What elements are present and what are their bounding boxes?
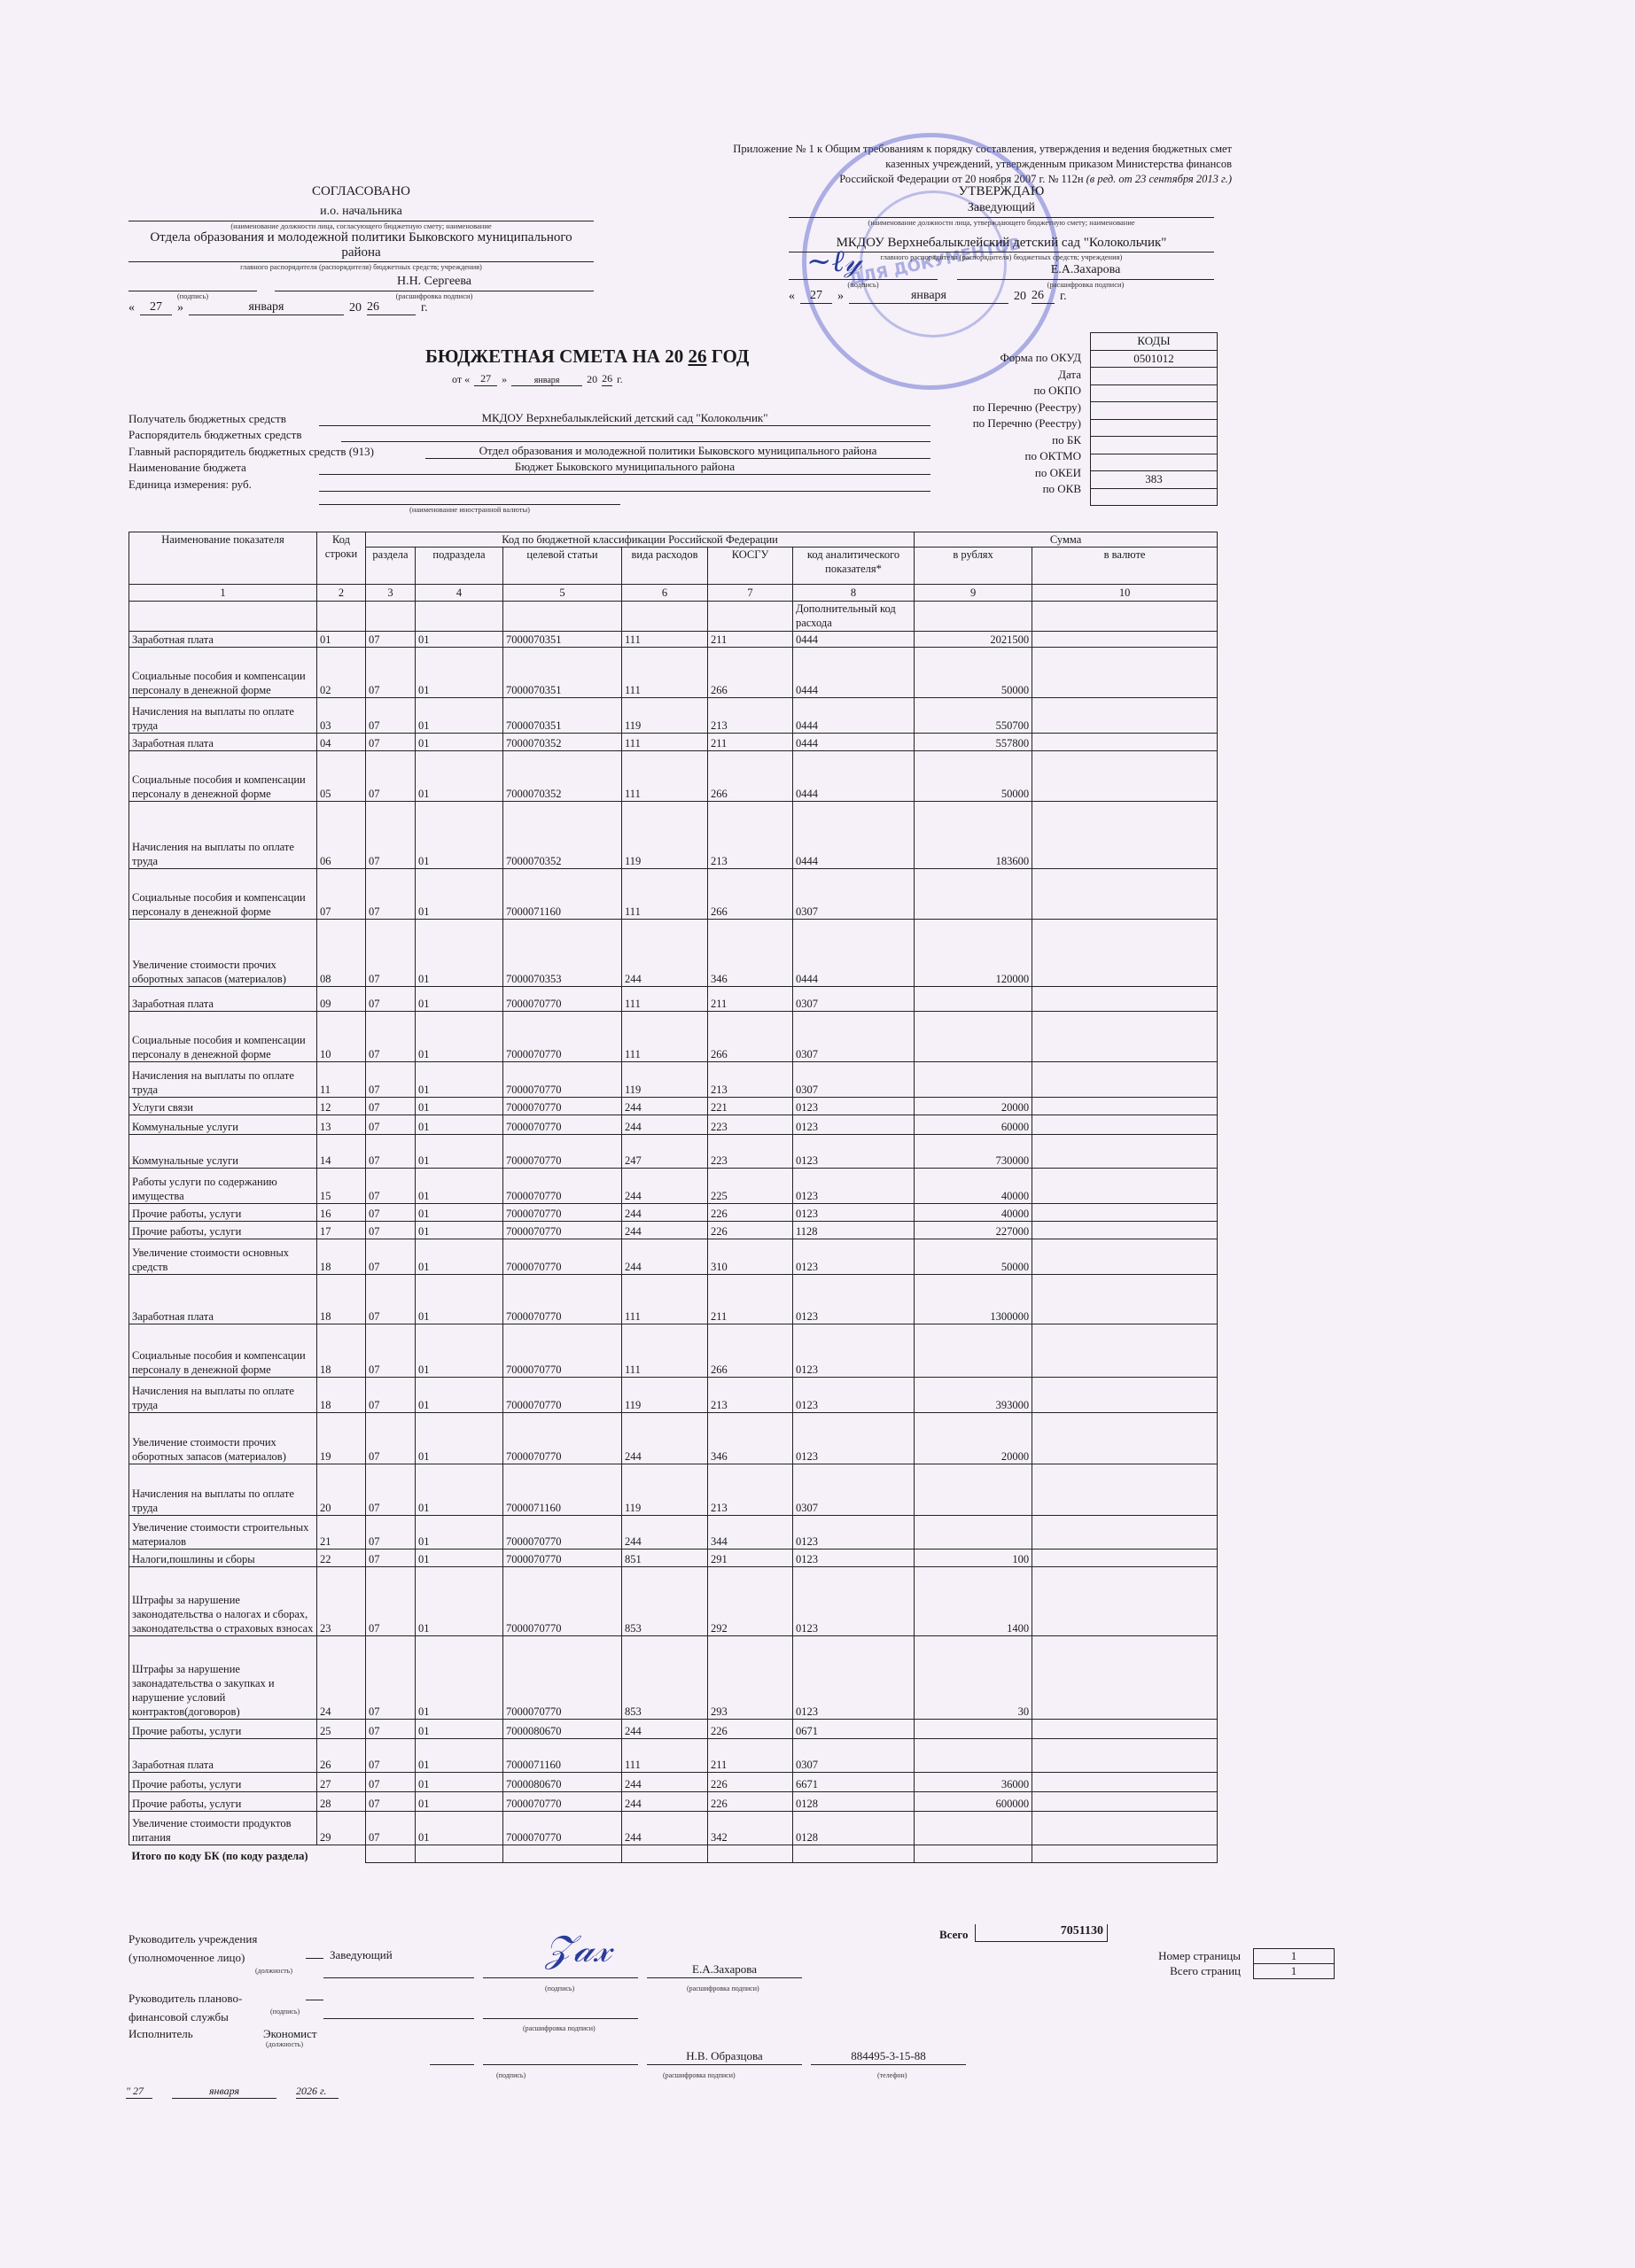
cell-kosgu: 213	[708, 1062, 793, 1098]
cell-rub	[915, 1062, 1032, 1098]
cell-subsection: 01	[416, 1792, 503, 1812]
cell-type: 111	[622, 1739, 708, 1773]
cell-analytic: 0123	[793, 1516, 915, 1550]
cell-type: 244	[622, 1792, 708, 1812]
cell-name: Увеличение стоимости прочих оборотных за…	[129, 920, 317, 987]
title-prefix: БЮДЖЕТНАЯ СМЕТА НА 20	[425, 346, 683, 367]
cell-kosgu: 221	[708, 1098, 793, 1115]
fin-label: Руководитель планово- финансовой службы	[128, 1989, 242, 2026]
grand-total-value: 7051130	[975, 1924, 1108, 1942]
cell-code: 13	[317, 1115, 366, 1135]
cell-target: 7000070351	[503, 648, 622, 698]
cell-code: 23	[317, 1567, 366, 1636]
head-decode-line	[647, 1977, 802, 1978]
cell-target: 7000070770	[503, 1567, 622, 1636]
cell-code: 18	[317, 1239, 366, 1275]
cell-section: 07	[366, 734, 416, 751]
exec-label: Исполнитель	[128, 2027, 193, 2041]
cell-name: Социальные пособия и компенсации персона…	[129, 751, 317, 802]
cell-cur	[1032, 1012, 1218, 1062]
cell-code: 02	[317, 648, 366, 698]
cell-rub: 730000	[915, 1135, 1032, 1169]
cell-type: 244	[622, 1115, 708, 1135]
cell-analytic: 0123	[793, 1550, 915, 1567]
cell-analytic: 1128	[793, 1222, 915, 1239]
page-number-row: Номер страницы1	[1125, 1949, 1335, 1964]
document-title: БЮДЖЕТНАЯ СМЕТА НА 20 26 ГОД	[425, 346, 749, 368]
approved-month: января	[849, 289, 1008, 304]
approved-signer: Е.А.Захарова	[957, 263, 1214, 280]
cell-code: 22	[317, 1550, 366, 1567]
cell-name: Налоги,пошлины и сборы	[129, 1550, 317, 1567]
agreed-sign-line	[128, 275, 257, 291]
cell-target: 7000070352	[503, 802, 622, 869]
cell-rub	[915, 987, 1032, 1012]
cell-code: 25	[317, 1720, 366, 1739]
cell-kosgu: 226	[708, 1773, 793, 1792]
cell-section: 07	[366, 1135, 416, 1169]
cell-target: 7000070770	[503, 1378, 622, 1413]
cell-name: Коммунальные услуги	[129, 1115, 317, 1135]
cell-kosgu: 211	[708, 632, 793, 648]
empty-cell	[366, 602, 416, 632]
cell-rub: 20000	[915, 1413, 1032, 1464]
col-header-section: раздела	[366, 548, 416, 585]
head-sign-caption: (подпись)	[545, 1984, 574, 1992]
table-row: Работы услуги по содержанию имущества150…	[129, 1169, 1218, 1204]
codes-label: по ОКТМО	[895, 448, 1081, 465]
total-cell	[366, 1845, 416, 1863]
cell-target: 7000071160	[503, 1739, 622, 1773]
date-year: 26	[602, 372, 612, 386]
agreed-signature-row: (подпись) Н.Н. Сергеева(расшифровка подп…	[128, 275, 594, 300]
cell-section: 07	[366, 632, 416, 648]
chief-label: Главный распорядитель бюджетных средств …	[128, 445, 425, 459]
cell-subsection: 01	[416, 1324, 503, 1378]
table-row: Штрафы за нарушение законадательства о з…	[129, 1636, 1218, 1720]
cell-code: 16	[317, 1204, 366, 1222]
agreed-day: 27	[140, 300, 172, 315]
cell-code: 20	[317, 1464, 366, 1516]
cell-kosgu: 266	[708, 751, 793, 802]
col-header-cur: в валюте	[1032, 548, 1218, 585]
exec-decode-caption: (расшифровка подписи)	[663, 2071, 736, 2079]
fin-dash	[306, 2000, 323, 2000]
cell-rub: 393000	[915, 1378, 1032, 1413]
table-row: Увеличение стоимости прочих оборотных за…	[129, 920, 1218, 987]
cell-analytic: 0123	[793, 1275, 915, 1324]
table-row: Налоги,пошлины и сборы220701700007077085…	[129, 1550, 1218, 1567]
codes-row: 383	[1091, 471, 1218, 489]
appendix-line-1: Приложение № 1 к Общим требованиям к пор…	[727, 142, 1232, 157]
cell-target: 7000070770	[503, 1204, 622, 1222]
cell-cur	[1032, 869, 1218, 920]
cell-rub: 50000	[915, 1239, 1032, 1275]
cell-target: 7000080670	[503, 1773, 622, 1792]
cell-type: 111	[622, 648, 708, 698]
cell-cur	[1032, 1062, 1218, 1098]
cell-kosgu: 211	[708, 734, 793, 751]
cell-type: 244	[622, 1413, 708, 1464]
cell-target: 7000070353	[503, 920, 622, 987]
codes-label: по ОКЕИ	[895, 465, 1081, 482]
cell-type: 244	[622, 920, 708, 987]
cell-kosgu: 211	[708, 1275, 793, 1324]
cell-target: 7000070770	[503, 1812, 622, 1845]
cell-cur	[1032, 1135, 1218, 1169]
cell-type: 119	[622, 698, 708, 734]
cell-section: 07	[366, 1169, 416, 1204]
cell-section: 07	[366, 751, 416, 802]
cell-analytic: 0123	[793, 1378, 915, 1413]
col-header-target: целевой статьи	[503, 548, 622, 585]
cell-cur	[1032, 1413, 1218, 1464]
cell-target: 7000070770	[503, 1098, 622, 1115]
cell-name: Увеличение стоимости продуктов питания	[129, 1812, 317, 1845]
total-cell	[915, 1845, 1032, 1863]
empty-cell	[416, 602, 503, 632]
currency-field: (наименование иностранной валюты)	[319, 501, 620, 514]
cell-analytic: 0671	[793, 1720, 915, 1739]
cell-rub: 600000	[915, 1792, 1032, 1812]
approved-day: 27	[800, 289, 832, 304]
cell-section: 07	[366, 1792, 416, 1812]
column-number: 8	[793, 585, 915, 602]
col-header-analytic: код аналитического показателя*	[793, 548, 915, 585]
cell-section: 07	[366, 1324, 416, 1378]
cell-rub	[915, 1012, 1032, 1062]
cell-kosgu: 226	[708, 1204, 793, 1222]
cell-cur	[1032, 1567, 1218, 1636]
column-number: 3	[366, 585, 416, 602]
cell-type: 244	[622, 1516, 708, 1550]
cell-subsection: 01	[416, 1098, 503, 1115]
cell-cur	[1032, 1204, 1218, 1222]
cell-kosgu: 226	[708, 1720, 793, 1739]
cell-name: Начисления на выплаты по оплате труда	[129, 1378, 317, 1413]
cell-cur	[1032, 648, 1218, 698]
col-header-code: Код строки	[317, 532, 366, 585]
approved-signature-row: ~ℓ𝓎 (подпись) Е.А.Захарова(расшифровка п…	[789, 263, 1214, 289]
table-row: Заработная плата180701700007077011121101…	[129, 1275, 1218, 1324]
cell-subsection: 01	[416, 802, 503, 869]
table-row: Прочие работы, услуги2507017000080670244…	[129, 1720, 1218, 1739]
cell-subsection: 01	[416, 1378, 503, 1413]
cell-subsection: 01	[416, 1739, 503, 1773]
cell-type: 244	[622, 1773, 708, 1792]
cell-section: 07	[366, 987, 416, 1012]
cell-target: 7000070770	[503, 1012, 622, 1062]
cell-code: 05	[317, 751, 366, 802]
cell-analytic: 0444	[793, 802, 915, 869]
bottom-date-quote: "	[126, 2085, 130, 2097]
agreed-org-line-1: Отдела образования и молодежной политики…	[128, 230, 594, 245]
cell-code: 10	[317, 1012, 366, 1062]
table-row: Заработная плата090701700007077011121103…	[129, 987, 1218, 1012]
cell-name: Услуги связи	[129, 1098, 317, 1115]
cell-name: Прочие работы, услуги	[129, 1720, 317, 1739]
codes-label: по Перечню (Реестру)	[895, 400, 1081, 416]
title-suffix: ГОД	[712, 346, 750, 367]
cell-kosgu: 266	[708, 648, 793, 698]
cell-analytic: 0444	[793, 734, 915, 751]
fin-decode-line	[483, 2018, 638, 2019]
cell-cur	[1032, 1275, 1218, 1324]
footer-head-label: Руководитель учреждения (уполномоченное …	[128, 1930, 257, 1967]
cell-cur	[1032, 1636, 1218, 1720]
cell-subsection: 01	[416, 869, 503, 920]
table-row: Заработная плата040701700007035211121104…	[129, 734, 1218, 751]
approved-year: 26	[1032, 289, 1055, 304]
cell-section: 07	[366, 1115, 416, 1135]
empty-cell	[317, 602, 366, 632]
cell-type: 244	[622, 1098, 708, 1115]
cell-cur	[1032, 1550, 1218, 1567]
table-row: Коммунальные услуги130701700007077024422…	[129, 1115, 1218, 1135]
cell-rub: 36000	[915, 1773, 1032, 1792]
codes-label: по ОКПО	[895, 383, 1081, 400]
cell-type: 111	[622, 1012, 708, 1062]
cell-code: 15	[317, 1169, 366, 1204]
agreed-year-suffix: г.	[421, 301, 428, 315]
cell-target: 7000070770	[503, 1169, 622, 1204]
cell-target: 7000070770	[503, 1636, 622, 1720]
appendix-revision: (в ред. от 23 сентября 2013 г.)	[1086, 173, 1232, 185]
cell-section: 07	[366, 869, 416, 920]
cell-code: 18	[317, 1378, 366, 1413]
total-label: Итого по коду БК (по коду раздела)	[129, 1845, 366, 1863]
cell-name: Заработная плата	[129, 632, 317, 648]
codes-row	[1091, 437, 1218, 454]
cell-name: Прочие работы, услуги	[129, 1204, 317, 1222]
cell-target: 7000071160	[503, 869, 622, 920]
approved-decode-field: Е.А.Захарова(расшифровка подписи)	[957, 263, 1214, 289]
cell-section: 07	[366, 1275, 416, 1324]
cell-rub: 183600	[915, 802, 1032, 869]
cell-analytic: 0123	[793, 1135, 915, 1169]
cell-code: 26	[317, 1739, 366, 1773]
cell-subsection: 01	[416, 1239, 503, 1275]
cell-kosgu: 291	[708, 1550, 793, 1567]
table-row: Заработная плата260701700007116011121103…	[129, 1739, 1218, 1773]
exec-phone-line	[811, 2064, 966, 2065]
cell-subsection: 01	[416, 1567, 503, 1636]
codes-header-row: КОДЫ	[1091, 333, 1218, 351]
col-header-kosgu: КОСГУ	[708, 548, 793, 585]
extra-code-row: Дополнительный код расхода	[129, 602, 1218, 632]
table-row: Увеличение стоимости строительных матери…	[129, 1516, 1218, 1550]
cell-analytic: 0307	[793, 1062, 915, 1098]
fin-decode-caption: (расшифровка подписи)	[523, 2024, 596, 2032]
cell-code: 18	[317, 1324, 366, 1378]
table-row: Социальные пособия и компенсации персона…	[129, 1324, 1218, 1378]
quote-close: »	[177, 301, 183, 315]
cell-code: 04	[317, 734, 366, 751]
column-numbers-row: 12345678910	[129, 585, 1218, 602]
title-year: 26	[688, 346, 706, 367]
cell-section: 07	[366, 1239, 416, 1275]
agreed-month: января	[189, 300, 344, 315]
cell-subsection: 01	[416, 698, 503, 734]
unit-label: Единица измерения: руб.	[128, 478, 319, 492]
approved-caption-1: (наименование должности лица, утверждающ…	[789, 218, 1214, 227]
cell-code: 19	[317, 1413, 366, 1464]
cell-subsection: 01	[416, 1413, 503, 1464]
cell-section: 07	[366, 648, 416, 698]
cell-rub: 550700	[915, 698, 1032, 734]
col-header-exp-type: вида расходов	[622, 548, 708, 585]
exec-dash	[430, 2064, 474, 2065]
cell-analytic: 0123	[793, 1567, 915, 1636]
cell-target: 7000070770	[503, 1792, 622, 1812]
cell-cur	[1032, 1222, 1218, 1239]
cell-name: Начисления на выплаты по оплате труда	[129, 698, 317, 734]
codes-value	[1091, 384, 1218, 402]
cell-kosgu: 346	[708, 1413, 793, 1464]
cell-analytic: 0123	[793, 1413, 915, 1464]
table-row: Увеличение стоимости основных средств180…	[129, 1239, 1218, 1275]
cell-subsection: 01	[416, 1115, 503, 1135]
cell-type: 244	[622, 1812, 708, 1845]
cell-name: Социальные пособия и компенсации персона…	[129, 648, 317, 698]
cell-section: 07	[366, 802, 416, 869]
cell-cur	[1032, 734, 1218, 751]
cell-name: Прочие работы, услуги	[129, 1792, 317, 1812]
cell-type: 111	[622, 1324, 708, 1378]
column-number: 9	[915, 585, 1032, 602]
column-number: 2	[317, 585, 366, 602]
cell-cur	[1032, 1324, 1218, 1378]
cell-cur	[1032, 751, 1218, 802]
date-month: января	[511, 376, 582, 386]
cell-rub	[915, 1516, 1032, 1550]
cell-subsection: 01	[416, 1222, 503, 1239]
codes-row	[1091, 488, 1218, 506]
currency-caption: (наименование иностранной валюты)	[319, 505, 620, 514]
cell-subsection: 01	[416, 1204, 503, 1222]
cell-code: 28	[317, 1792, 366, 1812]
agreed-decode-caption: (расшифровка подписи)	[275, 291, 594, 300]
cell-code: 24	[317, 1636, 366, 1720]
cell-kosgu: 223	[708, 1115, 793, 1135]
cell-section: 07	[366, 698, 416, 734]
cell-section: 07	[366, 1812, 416, 1845]
col-header-name: Наименование показателя	[129, 532, 317, 585]
cell-target: 7000070351	[503, 698, 622, 734]
document-date: от « 27 » января 20 26 г.	[452, 372, 623, 386]
cell-code: 09	[317, 987, 366, 1012]
cell-analytic: 0307	[793, 1464, 915, 1516]
quote-open: «	[128, 301, 135, 315]
cell-type: 244	[622, 1204, 708, 1222]
head-name: Е.А.Захарова	[647, 1962, 802, 1977]
codes-label: по БК	[895, 432, 1081, 449]
cell-type: 247	[622, 1135, 708, 1169]
cell-rub: 30	[915, 1636, 1032, 1720]
cell-section: 07	[366, 1204, 416, 1222]
cell-cur	[1032, 1773, 1218, 1792]
approved-date: «27» января 2026г.	[789, 289, 1214, 304]
agreed-sign-caption: (подпись)	[128, 291, 257, 300]
agreed-position: и.о. начальника	[128, 205, 594, 221]
agreed-decode-field: Н.Н. Сергеева(расшифровка подписи)	[275, 275, 594, 300]
pages-table: Номер страницы1 Всего страниц1	[1125, 1948, 1335, 1979]
cell-cur	[1032, 1739, 1218, 1773]
cell-subsection: 01	[416, 1550, 503, 1567]
empty-cell	[915, 602, 1032, 632]
cell-target: 7000070770	[503, 1275, 622, 1324]
appendix-note: Приложение № 1 к Общим требованиям к пор…	[727, 142, 1232, 187]
cell-section: 07	[366, 1464, 416, 1516]
cell-code: 29	[317, 1812, 366, 1845]
cell-type: 111	[622, 869, 708, 920]
cell-kosgu: 211	[708, 987, 793, 1012]
bottom-date-month: января	[172, 2085, 276, 2099]
info-unit: Единица измерения: руб.	[128, 475, 930, 492]
cell-analytic: 0307	[793, 1739, 915, 1773]
cell-section: 07	[366, 1773, 416, 1792]
codes-row	[1091, 384, 1218, 402]
column-number: 4	[416, 585, 503, 602]
cell-type: 244	[622, 1720, 708, 1739]
cell-type: 853	[622, 1636, 708, 1720]
pages-total-label: Всего страниц	[1125, 1964, 1254, 1979]
cell-kosgu: 266	[708, 1324, 793, 1378]
column-number: 1	[129, 585, 317, 602]
cell-target: 7000070770	[503, 1115, 622, 1135]
total-cell	[1032, 1845, 1218, 1863]
head-handwritten-signature: 𝒵𝒶𝓍	[545, 1927, 611, 1971]
codes-value	[1091, 454, 1218, 471]
table-row: Увеличение стоимости прочих оборотных за…	[129, 1413, 1218, 1464]
codes-label: Форма по ОКУД	[895, 350, 1081, 367]
quote-open: «	[789, 290, 795, 304]
cell-kosgu: 293	[708, 1636, 793, 1720]
table-row: Заработная плата010701700007035111121104…	[129, 632, 1218, 648]
cell-analytic: 0444	[793, 920, 915, 987]
cell-cur	[1032, 920, 1218, 987]
cell-rub: 1300000	[915, 1275, 1032, 1324]
cell-rub: 50000	[915, 648, 1032, 698]
agreed-title: СОГЛАСОВАНО	[128, 184, 594, 199]
cell-section: 07	[366, 1378, 416, 1413]
cell-name: Социальные пособия и компенсации персона…	[129, 869, 317, 920]
unit-value	[319, 478, 930, 492]
cell-rub	[915, 1324, 1032, 1378]
cell-section: 07	[366, 1739, 416, 1773]
col-header-bk: Код по бюджетной классификации Российско…	[366, 532, 915, 548]
cell-subsection: 01	[416, 987, 503, 1012]
cell-name: Штрафы за нарушение законадательства о з…	[129, 1636, 317, 1720]
col-header-subsection: подраздела	[416, 548, 503, 585]
codes-value	[1091, 368, 1218, 385]
table-row: Начисления на выплаты по оплате труда180…	[129, 1378, 1218, 1413]
cell-analytic: 0123	[793, 1098, 915, 1115]
column-number: 7	[708, 585, 793, 602]
cell-kosgu: 344	[708, 1516, 793, 1550]
agreed-date: «27» января 2026г.	[128, 300, 594, 315]
total-cell	[622, 1845, 708, 1863]
recipient-label: Получатель бюджетных средств	[128, 412, 319, 426]
cell-section: 07	[366, 1012, 416, 1062]
exec-position-caption: (должность)	[266, 2040, 303, 2048]
info-block: Получатель бюджетных средств МКДОУ Верхн…	[128, 409, 930, 514]
cell-name: Коммунальные услуги	[129, 1135, 317, 1169]
table-row: Социальные пособия и компенсации персона…	[129, 869, 1218, 920]
cell-rub: 100	[915, 1550, 1032, 1567]
cell-section: 07	[366, 1720, 416, 1739]
fin-label-1: Руководитель планово-	[128, 1989, 242, 2008]
